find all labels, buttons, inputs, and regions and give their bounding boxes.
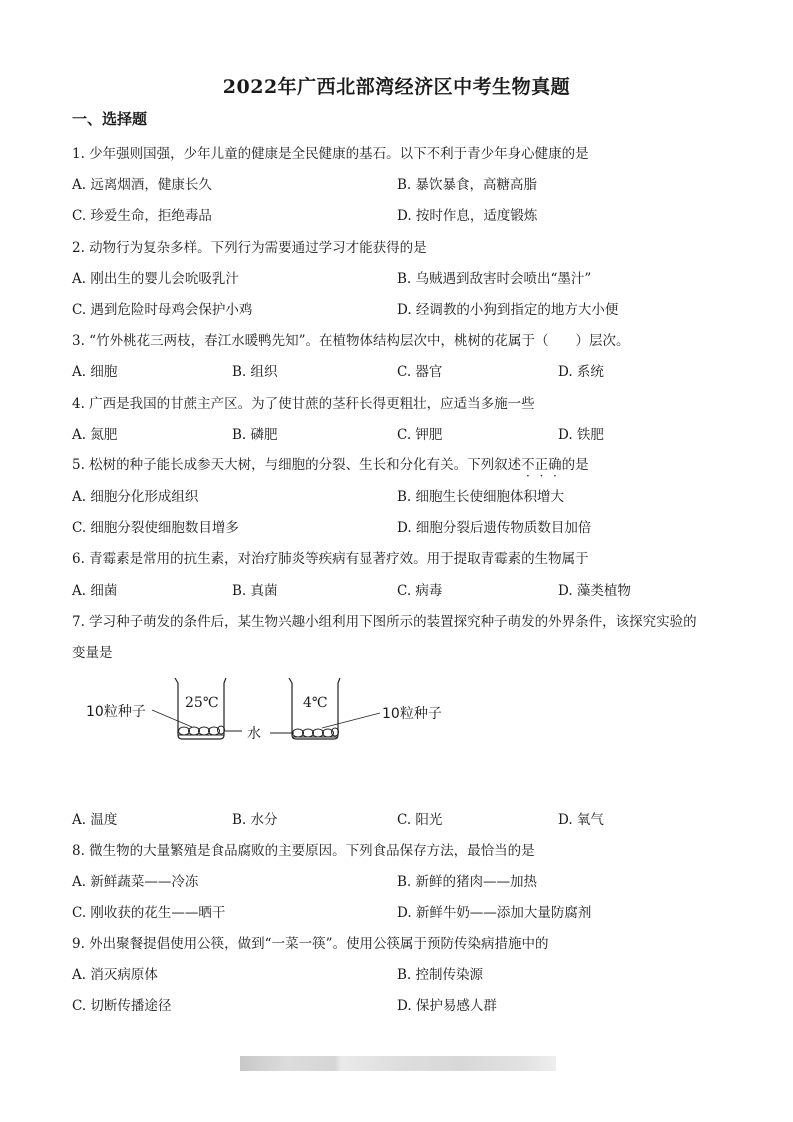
question-6-option-d: D. 藻类植物 [558,579,631,599]
section-heading: 一、选择题 [72,108,147,129]
question-9-option-d: D. 保护易感人群 [397,994,497,1014]
question-8-option-c: C. 刚收获的花生——晒干 [72,901,225,921]
question-4-option-d: D. 铁肥 [558,423,604,443]
question-2-option-b: B. 乌贼遇到敌害时会喷出“墨汁” [397,267,591,287]
emphasis-char: 正 [535,457,549,473]
seed-germination-diagram: 10粒种子 25℃ 水 4℃ 10粒种子 [72,665,492,775]
emphasis-char: 不 [521,457,535,473]
question-5-option-c: C. 细胞分裂使细胞数目增多 [72,516,239,536]
question-4-option-c: C. 钾肥 [397,423,442,443]
question-3-option-c: C. 器官 [397,360,442,380]
question-2-stem: 2. 动物行为复杂多样。下列行为需要通过学习才能获得的是 [72,236,427,256]
question-7-option-d: D. 氧气 [558,808,604,828]
right-seed-label: 10粒种子 [382,703,442,723]
question-5-stem: 5. 松树的种子能长成参天大树，与细胞的分裂、生长和分化有关。下列叙述不正确的是 [72,453,589,473]
question-4-stem: 4. 广西是我国的甘蔗主产区。为了使甘蔗的茎秆长得更粗壮，应适当多施一些 [72,392,535,412]
question-7-stem-line1: 7. 学习种子萌发的条件后，某生物兴趣小组利用下图所示的装置探究种子萌发的外界条… [72,610,697,630]
page-title: 2022年广西北部湾经济区中考生物真题 [0,72,793,99]
question-6-stem: 6. 青霉素是常用的抗生素，对治疗肺炎等疾病有显著疗效。用于提取青霉素的生物属于 [72,547,589,567]
question-1-option-d: D. 按时作息，适度锻炼 [397,204,537,224]
question-5-option-b: B. 细胞生长使细胞体积增大 [397,485,564,505]
question-5-stem-after: 的是 [562,457,589,473]
question-7-stem-line2: 变量是 [72,641,113,661]
question-9-stem: 9. 外出聚餐提倡使用公筷，做到“一菜一筷”。使用公筷属于预防传染病措施中的 [72,932,548,952]
question-5-option-a: A. 细胞分化形成组织 [72,485,198,505]
emphasis-char: 确 [548,457,562,473]
question-4-option-b: B. 磷肥 [232,423,278,443]
question-3-option-a: A. 细胞 [72,360,117,380]
question-5-option-d: D. 细胞分裂后遗传物质数目加倍 [397,516,591,536]
blurred-footer-watermark [240,1056,556,1071]
question-4-option-a: A. 氮肥 [72,423,117,443]
question-5-stem-before: 5. 松树的种子能长成参天大树，与细胞的分裂、生长和分化有关。下列叙述 [72,457,521,473]
question-6-option-b: B. 真菌 [232,579,278,599]
question-6-option-a: A. 细菌 [72,579,117,599]
question-9-option-c: C. 切断传播途径 [72,994,171,1014]
question-8-option-d: D. 新鲜牛奶——添加大量防腐剂 [397,901,591,921]
left-seed-label: 10粒种子 [86,701,146,721]
question-7-option-b: B. 水分 [232,808,278,828]
question-7-option-c: C. 阳光 [397,808,442,828]
question-3-option-b: B. 组织 [232,360,278,380]
question-1-stem: 1. 少年强则国强，少年儿童的健康是全民健康的基石。以下不利于青少年身心健康的是 [72,142,589,162]
question-2-option-a: A. 刚出生的婴儿会吮吸乳汁 [72,267,239,287]
question-1-option-c: C. 珍爱生命，拒绝毒品 [72,204,212,224]
question-3-stem: 3. “竹外桃花三两枝，春江水暖鸭先知”。在植物体结构层次中，桃树的花属于（ ）… [72,329,629,349]
question-1-option-a: A. 远离烟酒，健康长久 [72,173,212,193]
question-2-option-c: C. 遇到危险时母鸡会保护小鸡 [72,298,252,318]
left-temperature-label: 25℃ [185,695,218,711]
question-2-option-d: D. 经调教的小狗到指定的地方大小便 [397,298,618,318]
water-label: 水 [247,723,261,743]
right-temperature-label: 4℃ [303,695,328,711]
question-9-option-b: B. 控制传染源 [397,963,483,983]
question-9-option-a: A. 消灭病原体 [72,963,158,983]
question-1-option-b: B. 暴饮暴食，高糖高脂 [397,173,537,193]
question-6-option-c: C. 病毒 [397,579,442,599]
question-8-option-a: A. 新鲜蔬菜——冷冻 [72,870,198,890]
question-8-option-b: B. 新鲜的猪肉——加热 [397,870,537,890]
question-8-stem: 8. 微生物的大量繁殖是食品腐败的主要原因。下列食品保存方法，最恰当的是 [72,839,535,859]
question-3-option-d: D. 系统 [558,360,604,380]
question-7-option-a: A. 温度 [72,808,117,828]
